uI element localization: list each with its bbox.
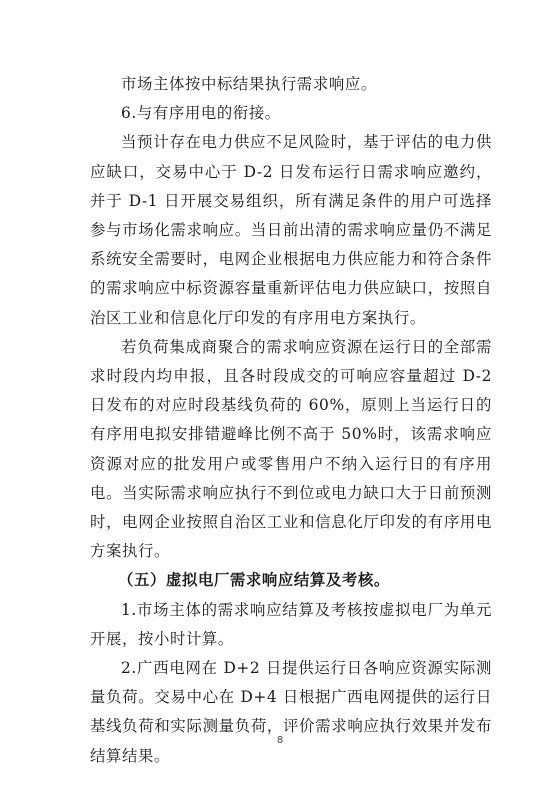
paragraph-settlement-unit: 1.市场主体的需求响应结算及考核按虚拟电厂为单元开展，按小时计算。 xyxy=(90,596,492,654)
page-number: 8 xyxy=(0,735,560,746)
paragraph-item-6-title: 6.与有序用电的衔接。 xyxy=(90,99,492,128)
paragraph-measured-load: 2.广西电网在 D+2 日提供运行日各响应资源实际测量负荷。交易中心在 D+4 … xyxy=(90,654,492,771)
paragraph-load-aggregator: 若负荷集成商聚合的需求响应资源在运行日的全部需求时段内均申报，且各时段成交的可响… xyxy=(90,333,492,567)
section-heading-5: （五）虚拟电厂需求响应结算及考核。 xyxy=(90,566,492,595)
paragraph-execute-bid-result: 市场主体按中标结果执行需求响应。 xyxy=(90,70,492,99)
paragraph-supply-shortage: 当预计存在电力供应不足风险时，基于评估的电力供应缺口，交易中心于 D-2 日发布… xyxy=(90,128,492,332)
document-page-body: 市场主体按中标结果执行需求响应。 6.与有序用电的衔接。 当预计存在电力供应不足… xyxy=(90,70,492,771)
